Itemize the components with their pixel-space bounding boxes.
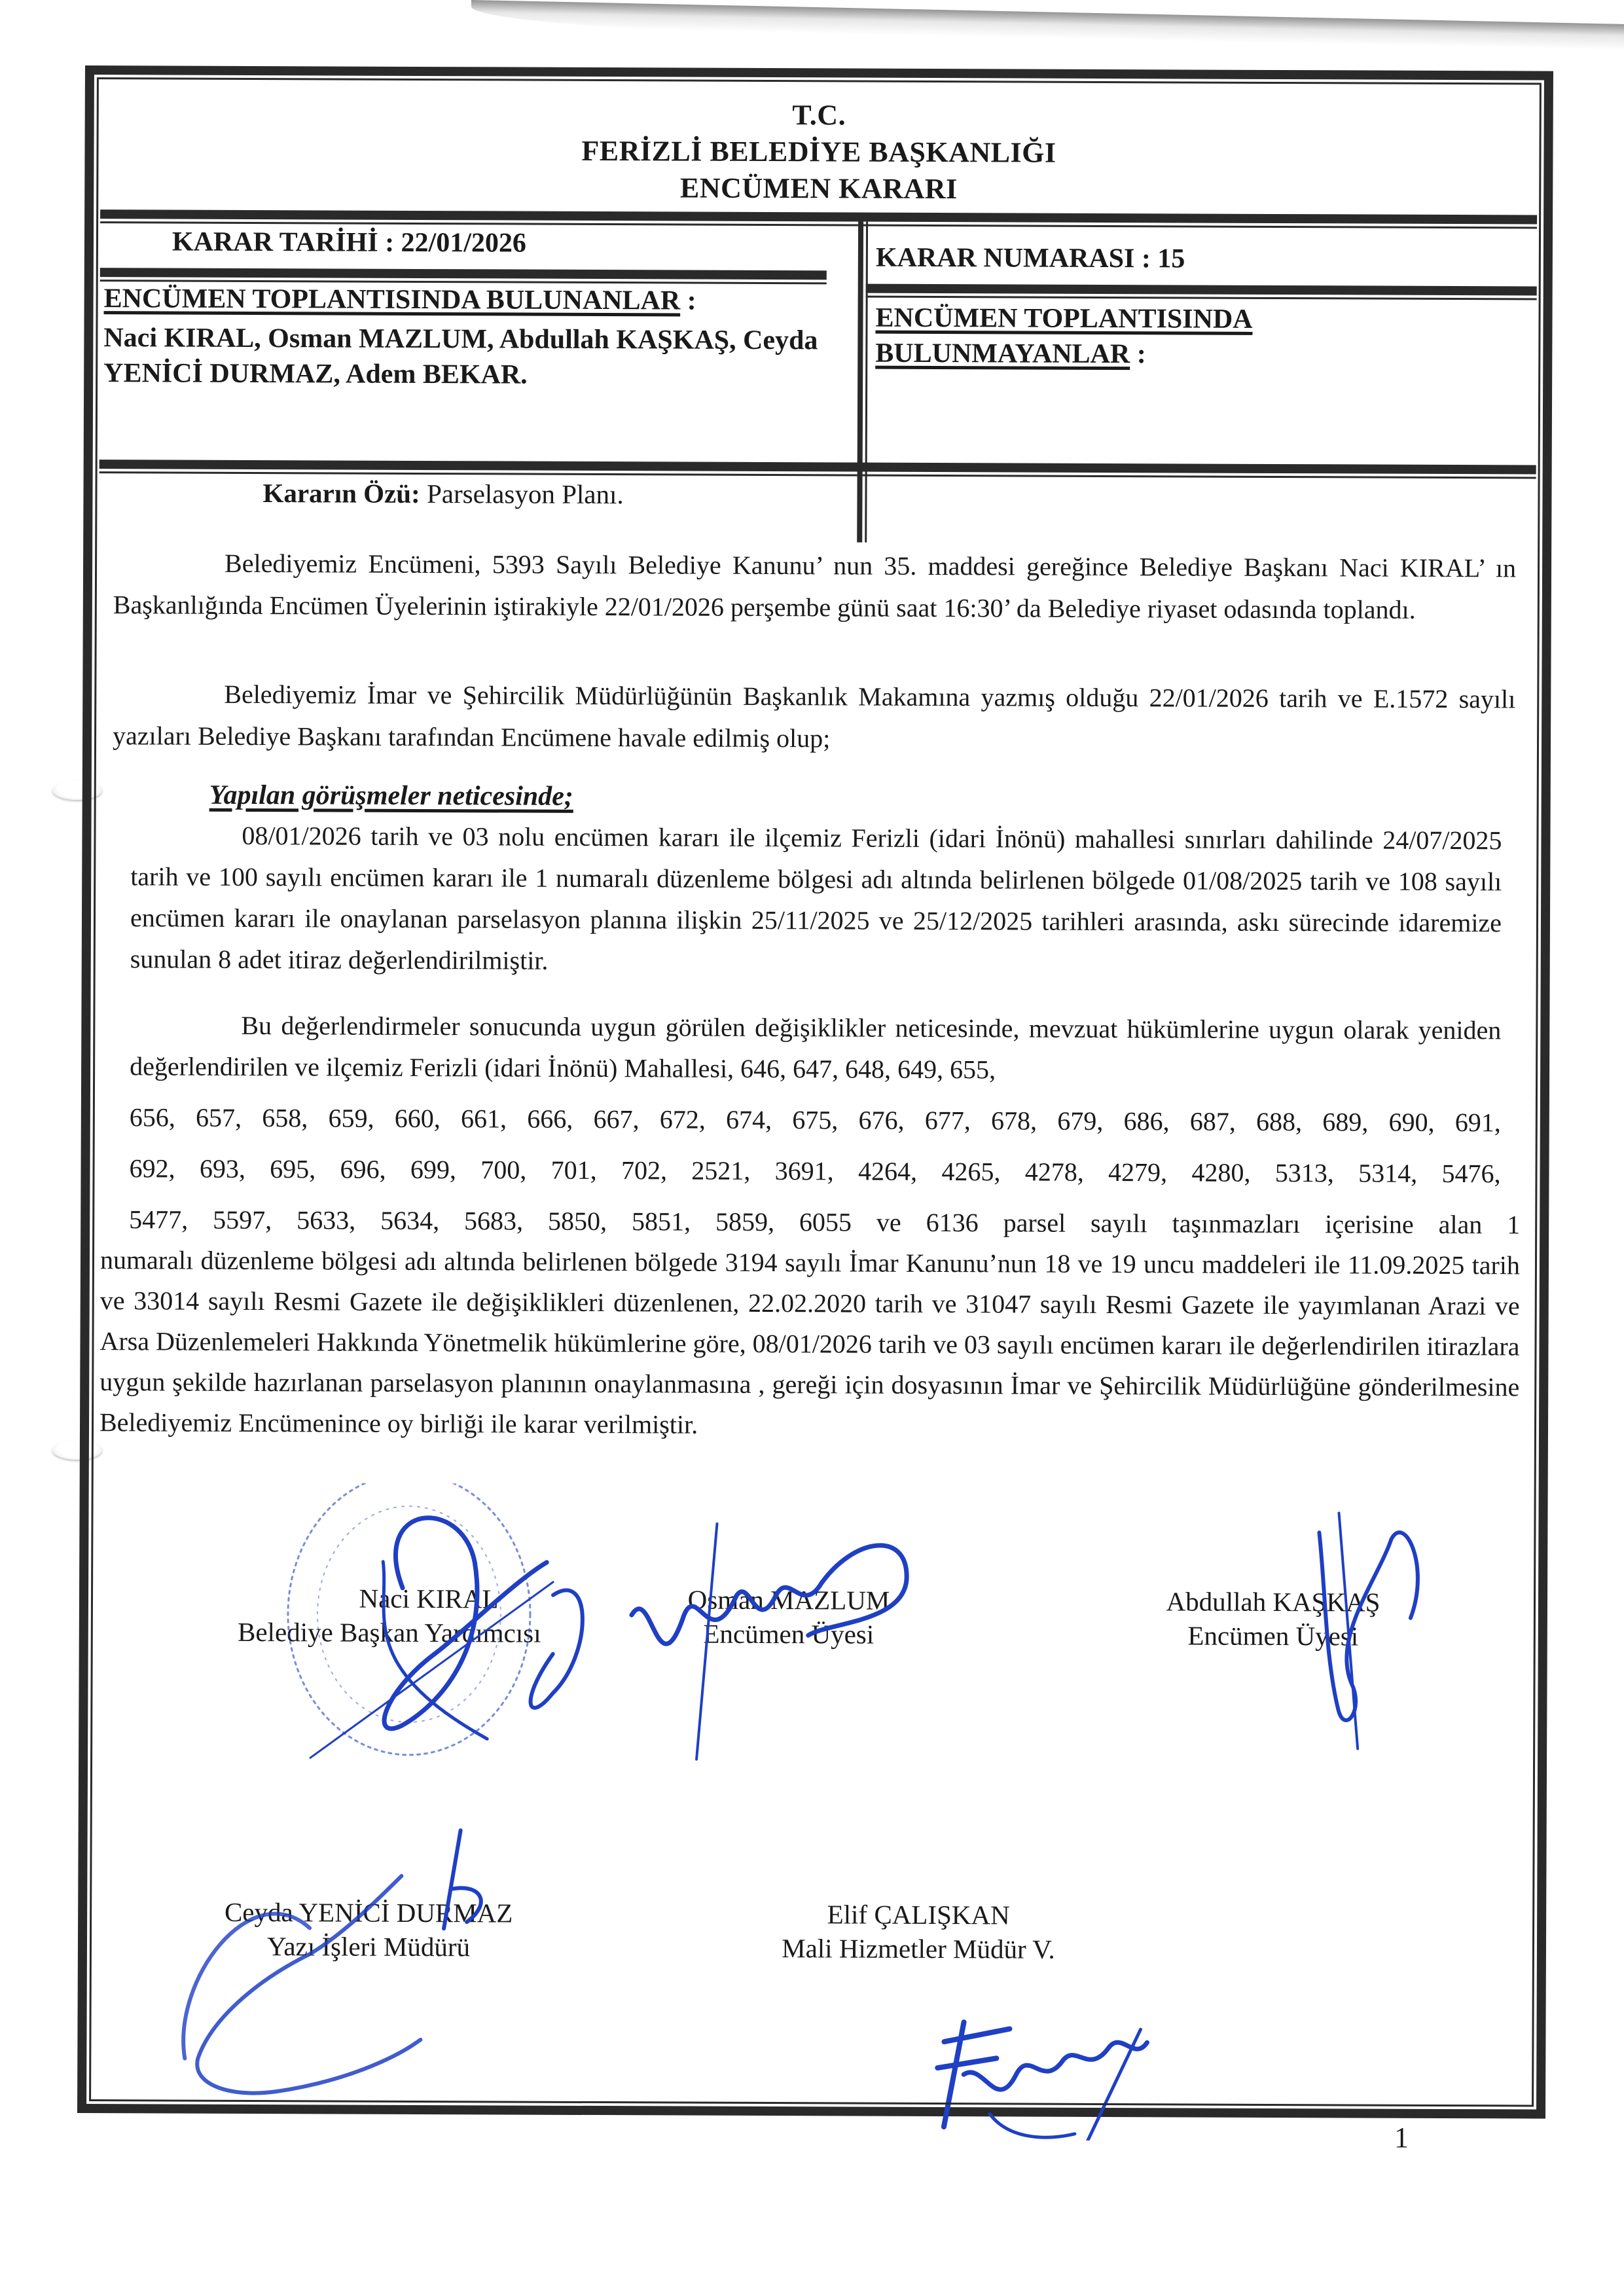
page-number: 1 bbox=[1394, 2121, 1409, 2154]
document-frame: T.C. FERİZLİ BELEDİYE BAŞKANLIĞI ENCÜMEN… bbox=[77, 65, 1553, 2119]
signatory-title: Encümen Üyesi bbox=[625, 1616, 952, 1652]
header-tc: T.C. bbox=[101, 94, 1538, 136]
decision-subject: Kararın Özü: Parselasyon Planı. bbox=[262, 477, 623, 510]
signatory-3: Abdullah KAŞKAŞ Encümen Üyesi bbox=[1110, 1584, 1437, 1653]
signatory-name: Ceyda YENİCİ DURMAZ bbox=[179, 1895, 558, 1930]
signatory-title: Belediye Başkan Yardımcısı bbox=[206, 1615, 573, 1650]
present-members: Naci KIRAL, Osman MAZLUM, Abdullah KAŞKA… bbox=[103, 320, 830, 393]
signatory-name: Osman MAZLUM bbox=[625, 1582, 952, 1617]
absent-heading: ENCÜMEN TOPLANTISINDA BULUNMAYANLAR : bbox=[875, 300, 1252, 372]
signatory-4: Ceyda YENİCİ DURMAZ Yazı İşleri Müdürü bbox=[179, 1895, 558, 1964]
present-heading-text: ENCÜMEN TOPLANTISINDA BULUNANLAR bbox=[104, 283, 681, 316]
scanner-shadow bbox=[471, 0, 1624, 50]
header-doc-type: ENCÜMEN KARARI bbox=[100, 168, 1537, 209]
paragraph-meeting: Belediyemiz Encümeni, 5393 Sayılı Beledi… bbox=[113, 542, 1516, 631]
column-divider bbox=[857, 222, 863, 543]
divider bbox=[100, 268, 827, 280]
signatory-name: Naci KIRAL bbox=[206, 1581, 573, 1616]
document-body: T.C. FERİZLİ BELEDİYE BAŞKANLIĞI ENCÜMEN… bbox=[93, 81, 1538, 2103]
paragraph-objections: 08/01/2026 tarih ve 03 nolu encümen kara… bbox=[130, 814, 1502, 985]
parcel-list-line: 656, 657, 658, 659, 660, 661, 666, 667, … bbox=[130, 1092, 1501, 1148]
divider bbox=[99, 460, 1536, 474]
signatory-1: Naci KIRAL Belediye Başkan Yardımcısı bbox=[206, 1581, 573, 1650]
signatory-title: Mali Hizmetler Müdür V. bbox=[748, 1931, 1089, 1966]
divider bbox=[100, 209, 1537, 224]
parcel-list-line: 692, 693, 695, 696, 699, 700, 701, 702, … bbox=[129, 1143, 1500, 1199]
signatory-5: Elif ÇALIŞKAN Mali Hizmetler Müdür V. bbox=[748, 1897, 1089, 1966]
signatory-2: Osman MAZLUM Encümen Üyesi bbox=[625, 1582, 952, 1652]
signatory-title: Yazı İşleri Müdürü bbox=[179, 1929, 558, 1964]
document-header: T.C. FERİZLİ BELEDİYE BAŞKANLIĞI ENCÜMEN… bbox=[100, 94, 1538, 209]
paragraph-decision: numaralı düzenleme bölgesi adı altında b… bbox=[99, 1240, 1520, 1448]
signatory-name: Abdullah KAŞKAŞ bbox=[1110, 1584, 1437, 1619]
paragraph-referral: Belediyemiz İmar ve Şehircilik Müdürlüğü… bbox=[113, 673, 1515, 762]
subject-label: Kararın Özü: bbox=[262, 478, 420, 509]
absent-members bbox=[875, 379, 1530, 382]
signatory-title: Encümen Üyesi bbox=[1110, 1618, 1437, 1653]
divider bbox=[866, 284, 1537, 296]
paragraph-evaluation: Bu değerlendirmeler sonucunda uygun görü… bbox=[130, 1004, 1501, 1092]
subject-value: Parselasyon Planı. bbox=[420, 479, 624, 509]
signatory-name: Elif ÇALIŞKAN bbox=[748, 1897, 1089, 1932]
decision-number: KARAR NUMARASI : 15 bbox=[876, 240, 1185, 277]
section-heading: Yapılan görüşmeler neticesinde; bbox=[209, 780, 573, 812]
present-heading: ENCÜMEN TOPLANTISINDA BULUNANLAR : bbox=[104, 281, 696, 318]
decision-date: KARAR TARİHİ : 22/01/2026 bbox=[172, 225, 526, 261]
header-municipality: FERİZLİ BELEDİYE BAŞKANLIĞI bbox=[100, 131, 1537, 173]
